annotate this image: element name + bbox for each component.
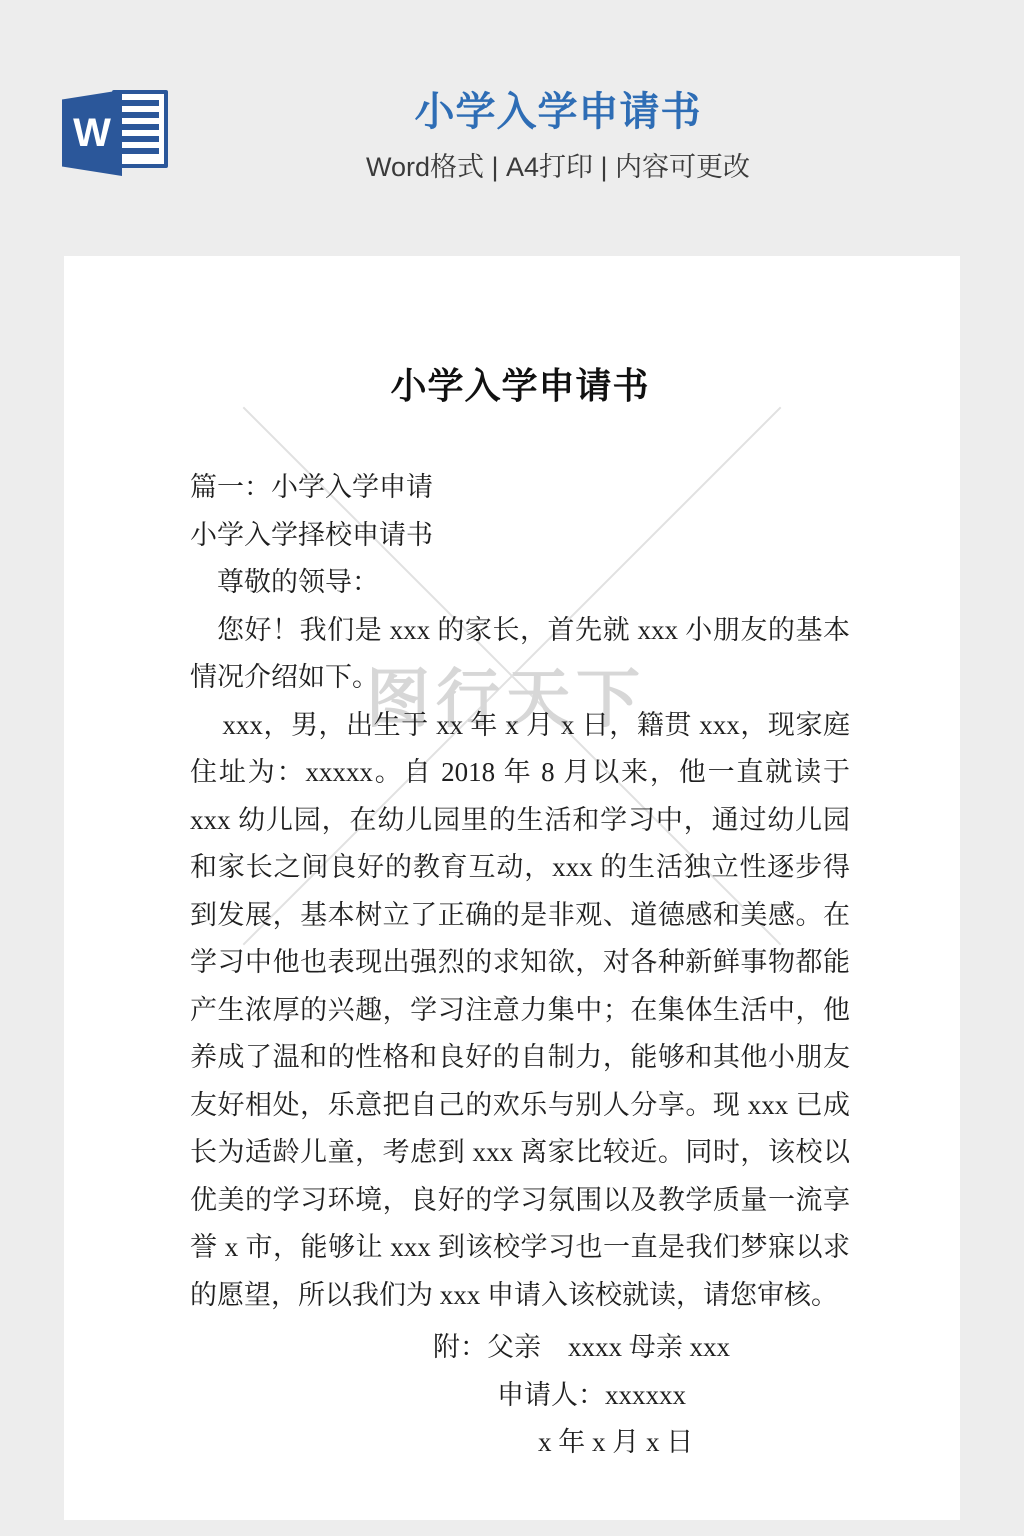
signature-attachment-line: 附：父亲 xxxx 母亲 xxx: [190, 1324, 850, 1372]
signature-date-line: x 年 x 月 x 日: [190, 1419, 850, 1467]
word-icon-text-lines: [121, 100, 159, 158]
document-body: 小学入学申请书 篇一：小学入学申请 小学入学择校申请书 尊敬的领导： 您好！我们…: [64, 362, 960, 1467]
document-paragraph: 尊敬的领导：: [190, 559, 850, 607]
document-page: 图行天下 小学入学申请书 篇一：小学入学申请 小学入学择校申请书 尊敬的领导： …: [64, 256, 960, 1520]
template-preview-page: { "header": { "title": "小学入学申请书", "subti…: [0, 0, 1024, 1536]
word-logo-letter: W: [73, 113, 111, 153]
word-icon-flag: W: [62, 90, 122, 176]
template-title: 小学入学申请书: [92, 90, 1024, 134]
document-paragraph: xxx，男，出生于 xx 年 x 月 x 日，籍贯 xxx，现家庭住址为：xxx…: [190, 702, 850, 1320]
document-paragraph: 篇一：小学入学申请: [190, 464, 850, 512]
document-paragraph: 您好！我们是 xxx 的家长，首先就 xxx 小朋友的基本情况介绍如下。: [190, 607, 850, 702]
document-title: 小学入学申请书: [190, 362, 850, 410]
template-header: W 小学入学申请书 Word格式 | A4打印 | 内容可更改: [0, 0, 1024, 256]
signature-applicant-line: 申请人：xxxxxx: [190, 1372, 850, 1420]
word-file-icon: W: [62, 84, 168, 180]
template-format-info: Word格式 | A4打印 | 内容可更改: [92, 152, 1024, 182]
document-text: 篇一：小学入学申请 小学入学择校申请书 尊敬的领导： 您好！我们是 xxx 的家…: [190, 464, 850, 1467]
document-paragraph: 小学入学择校申请书: [190, 512, 850, 560]
